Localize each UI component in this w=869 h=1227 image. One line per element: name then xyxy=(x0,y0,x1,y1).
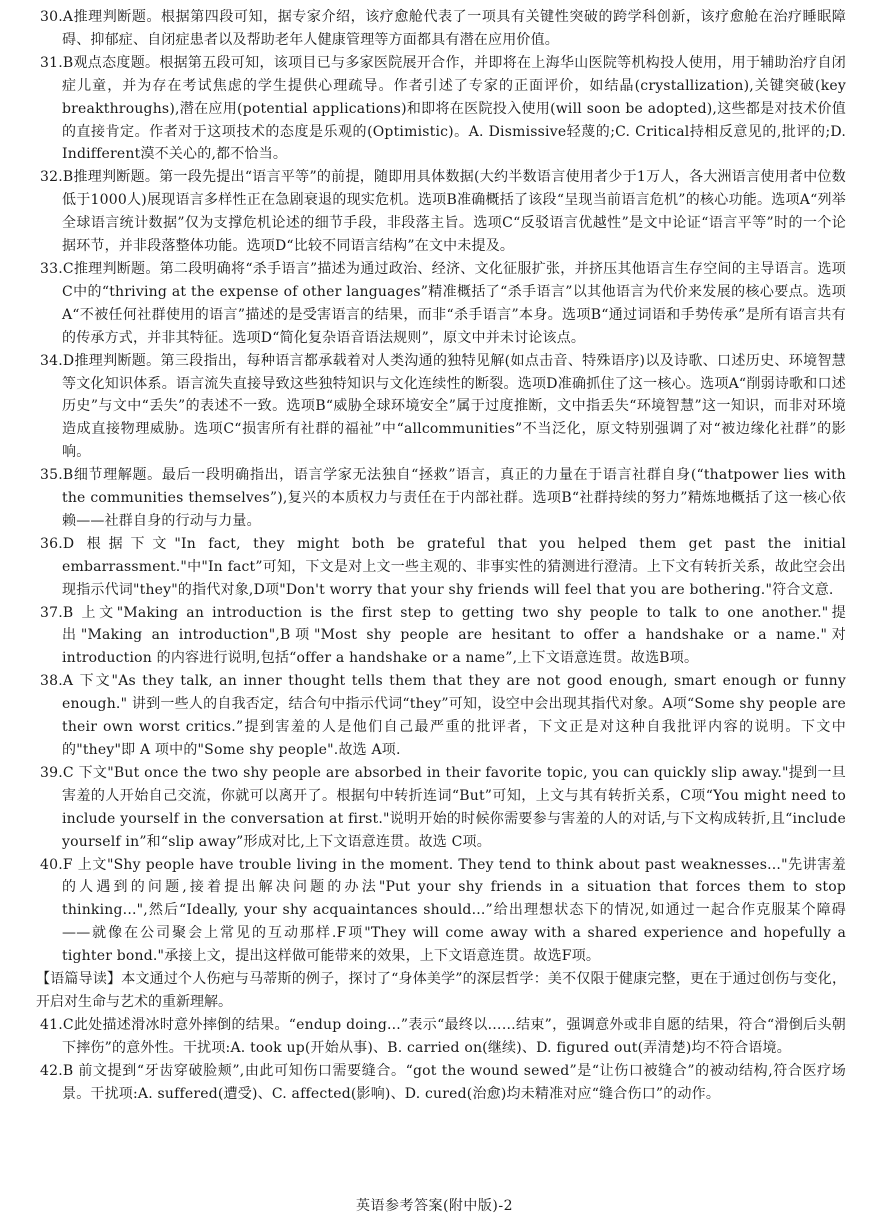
answer-item-30: 30.A推理判断题。根据第四段可知，据专家介绍，该疗愈舱代表了一项具有关键性突破… xyxy=(40,6,846,52)
answer-item-31: 31.B观点态度题。根据第五段可知，该项目已与多家医院展开合作，并即将在上海华山… xyxy=(40,52,846,167)
answer-item-40: 40.F 上文"Shy people have trouble living i… xyxy=(40,854,846,969)
answer-item-36: 36.D 根据下文"In fact, they might both be gr… xyxy=(40,533,846,602)
answer-item-33: 33.C推理判断题。第二段明确将“杀手语言”描述为通过政治、经济、文化征服扩张，… xyxy=(40,258,846,350)
answer-item-41: 41.C此处描述滑冰时意外摔倒的结果。“endup doing...”表示“最终… xyxy=(40,1014,846,1060)
answer-item-35: 35.B细节理解题。最后一段明确指出，语言学家无法独自“拯救”语言，真正的力量在… xyxy=(40,464,846,533)
answer-item-38: 38.A 下文"As they talk, an inner thought t… xyxy=(40,670,846,762)
answer-item-37: 37.B 上文"Making an introduction is the fi… xyxy=(40,602,846,671)
passage-guide: 【语篇导读】本文通过个人伤疤与马蒂斯的例子，探讨了“身体美学”的深层哲学：美不仅… xyxy=(36,968,846,1014)
passage-guide-label: 【语篇导读】 xyxy=(36,971,121,987)
answer-item-39: 39.C 下文"But once the two shy people are … xyxy=(40,762,846,854)
page-footer: 英语参考答案(附中版)-2 xyxy=(0,1195,869,1215)
answer-item-32: 32.B推理判断题。第一段先提出“语言平等”的前提，随即用具体数据(大约半数语言… xyxy=(40,166,846,258)
answer-item-42: 42.B 前文提到“牙齿穿破脸颊”,由此可知伤口需要缝合。“got the wo… xyxy=(40,1060,846,1106)
passage-guide-text: 本文通过个人伤疤与马蒂斯的例子，探讨了“身体美学”的深层哲学：美不仅限于健康完整… xyxy=(36,971,846,1010)
answer-key-page: 30.A推理判断题。根据第四段可知，据专家介绍，该疗愈舱代表了一项具有关键性突破… xyxy=(0,0,869,1227)
answer-item-34: 34.D推理判断题。第三段指出，每种语言都承载着对人类沟通的独特见解(如点击音、… xyxy=(40,350,846,465)
answer-list: 30.A推理判断题。根据第四段可知，据专家介绍，该疗愈舱代表了一项具有关键性突破… xyxy=(40,6,846,1106)
